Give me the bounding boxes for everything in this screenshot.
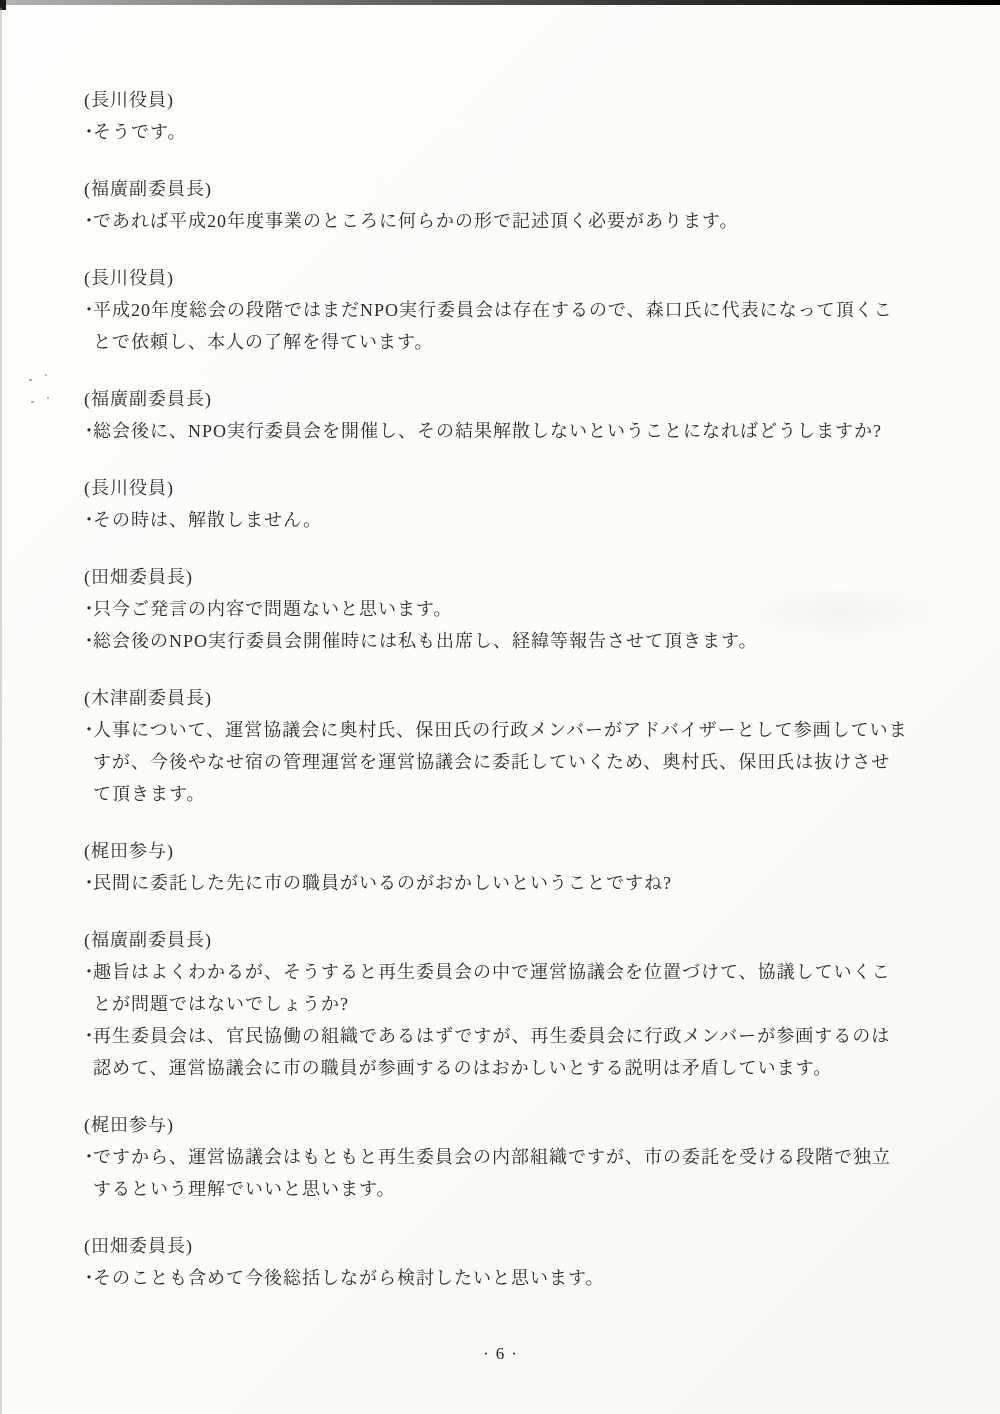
speaker-heading: (福廣副委員長) — [84, 924, 908, 956]
bullet-item: ・趣旨はよくわかるが、そうすると再生委員会の中で運営協議会を位置づけて、協議して… — [84, 956, 908, 1020]
speaker-heading: (長川役員) — [84, 472, 908, 504]
bullet-marker: ・ — [80, 415, 99, 447]
bullet-item: ・再生委員会は、官民協働の組織であるはずですが、再生委員会に行政メンバーが参画す… — [84, 1020, 908, 1084]
bullet-text: であれば平成20年度事業のところに何らかの形で記述頂く必要があります。 — [93, 211, 739, 231]
speaker-heading: (長川役員) — [84, 262, 908, 294]
bullet-text: 再生委員会は、官民協働の組織であるはずですが、再生委員会に行政メンバーが参画する… — [93, 1026, 890, 1078]
bullet-text: 総会後に、NPO実行委員会を開催し、その結果解散しないということになればどうしま… — [93, 421, 882, 441]
scanned-document-page: (長川役員)・そうです。(福廣副委員長)・であれば平成20年度事業のところに何ら… — [0, 0, 1000, 1414]
bullet-text: 民間に委託した先に市の職員がいるのがおかしいということですね? — [93, 873, 672, 893]
speaker-heading: (梶田参与) — [84, 835, 908, 867]
scan-speck — [45, 374, 47, 376]
bullet-text: 総会後のNPO実行委員会開催時には私も出席し、経緯等報告させて頂きます。 — [93, 631, 758, 651]
statement-section: (福廣副委員長)・総会後に、NPO実行委員会を開催し、その結果解散しないというこ… — [84, 383, 908, 447]
bullet-marker: ・ — [80, 956, 99, 988]
meeting-minutes-body: (長川役員)・そうです。(福廣副委員長)・であれば平成20年度事業のところに何ら… — [84, 84, 908, 1319]
bullet-item: ・そうです。 — [84, 116, 908, 148]
statement-section: (木津副委員長)・人事について、運営協議会に奥村氏、保田氏の行政メンバーがアドバ… — [84, 682, 908, 810]
speaker-heading: (長川役員) — [84, 84, 908, 116]
bullet-marker: ・ — [80, 116, 99, 148]
bullet-text: そうです。 — [93, 122, 187, 142]
statement-section: (長川役員)・平成20年度総会の段階ではまだNPO実行委員会は存在するので、森口… — [84, 262, 908, 358]
statement-section: (梶田参与)・ですから、運営協議会はもともと再生委員会の内部組織ですが、市の委託… — [84, 1109, 908, 1205]
bullet-item: ・ですから、運営協議会はもともと再生委員会の内部組織ですが、市の委託を受ける段階… — [84, 1141, 908, 1205]
bullet-marker: ・ — [80, 1141, 99, 1173]
bullet-marker: ・ — [80, 205, 99, 237]
bullet-marker: ・ — [80, 504, 99, 536]
scan-edge-line — [0, 8, 2, 1414]
bullet-text: その時は、解散しません。 — [93, 510, 322, 530]
statement-section: (田畑委員長)・そのことも含めて今後総括しながら検討したいと思います。 — [84, 1230, 908, 1294]
speaker-heading: (福廣副委員長) — [84, 383, 908, 415]
speaker-heading: (福廣副委員長) — [84, 173, 908, 205]
bullet-item: ・総会後のNPO実行委員会開催時には私も出席し、経緯等報告させて頂きます。 — [84, 625, 908, 657]
bullet-item: ・そのことも含めて今後総括しながら検討したいと思います。 — [84, 1262, 908, 1294]
bullet-item: ・民間に委託した先に市の職員がいるのがおかしいということですね? — [84, 867, 908, 899]
speaker-heading: (田畑委員長) — [84, 561, 908, 593]
bullet-marker: ・ — [80, 294, 99, 326]
bullet-marker: ・ — [80, 593, 99, 625]
bullet-marker: ・ — [80, 1020, 99, 1052]
bullet-text: そのことも含めて今後総括しながら検討したいと思います。 — [93, 1268, 605, 1288]
speaker-heading: (梶田参与) — [84, 1109, 908, 1141]
bullet-marker: ・ — [80, 625, 99, 657]
bullet-item: ・であれば平成20年度事業のところに何らかの形で記述頂く必要があります。 — [84, 205, 908, 237]
bullet-item: ・その時は、解散しません。 — [84, 504, 908, 536]
speaker-heading: (木津副委員長) — [84, 682, 908, 714]
bullet-item: ・平成20年度総会の段階ではまだNPO実行委員会は存在するので、森口氏に代表にな… — [84, 294, 908, 358]
bullet-text: ですから、運営協議会はもともと再生委員会の内部組織ですが、市の委託を受ける段階で… — [93, 1147, 891, 1199]
scan-speck — [29, 379, 32, 381]
bullet-item: ・人事について、運営協議会に奥村氏、保田氏の行政メンバーがアドバイザーとして参画… — [84, 714, 908, 810]
bullet-text: 人事について、運営協議会に奥村氏、保田氏の行政メンバーがアドバイザーとして参画し… — [93, 720, 908, 804]
page-number: ·6· — [0, 1338, 1000, 1370]
scan-speck — [47, 397, 49, 399]
statement-section: (福廣副委員長)・であれば平成20年度事業のところに何らかの形で記述頂く必要があ… — [84, 173, 908, 237]
statement-section: (梶田参与)・民間に委託した先に市の職員がいるのがおかしいということですね? — [84, 835, 908, 899]
bullet-text: 平成20年度総会の段階ではまだNPO実行委員会は存在するので、森口氏に代表になっ… — [93, 300, 893, 352]
bullet-marker: ・ — [80, 1262, 99, 1294]
scanner-edge-artifact — [0, 0, 1000, 5]
statement-section: (長川役員)・その時は、解散しません。 — [84, 472, 908, 536]
statement-section: (長川役員)・そうです。 — [84, 84, 908, 148]
bullet-item: ・総会後に、NPO実行委員会を開催し、その結果解散しないということになればどうし… — [84, 415, 908, 447]
bullet-marker: ・ — [80, 867, 99, 899]
statement-section: (田畑委員長)・只今ご発言の内容で問題ないと思います。・総会後のNPO実行委員会… — [84, 561, 908, 657]
bullet-item: ・只今ご発言の内容で問題ないと思います。 — [84, 593, 908, 625]
statement-section: (福廣副委員長)・趣旨はよくわかるが、そうすると再生委員会の中で運営協議会を位置… — [84, 924, 908, 1084]
bullet-marker: ・ — [80, 714, 99, 746]
speaker-heading: (田畑委員長) — [84, 1230, 908, 1262]
scan-speck — [31, 401, 34, 403]
bullet-text: 只今ご発言の内容で問題ないと思います。 — [93, 599, 453, 619]
bullet-text: 趣旨はよくわかるが、そうすると再生委員会の中で運営協議会を位置づけて、協議してい… — [93, 962, 891, 1014]
